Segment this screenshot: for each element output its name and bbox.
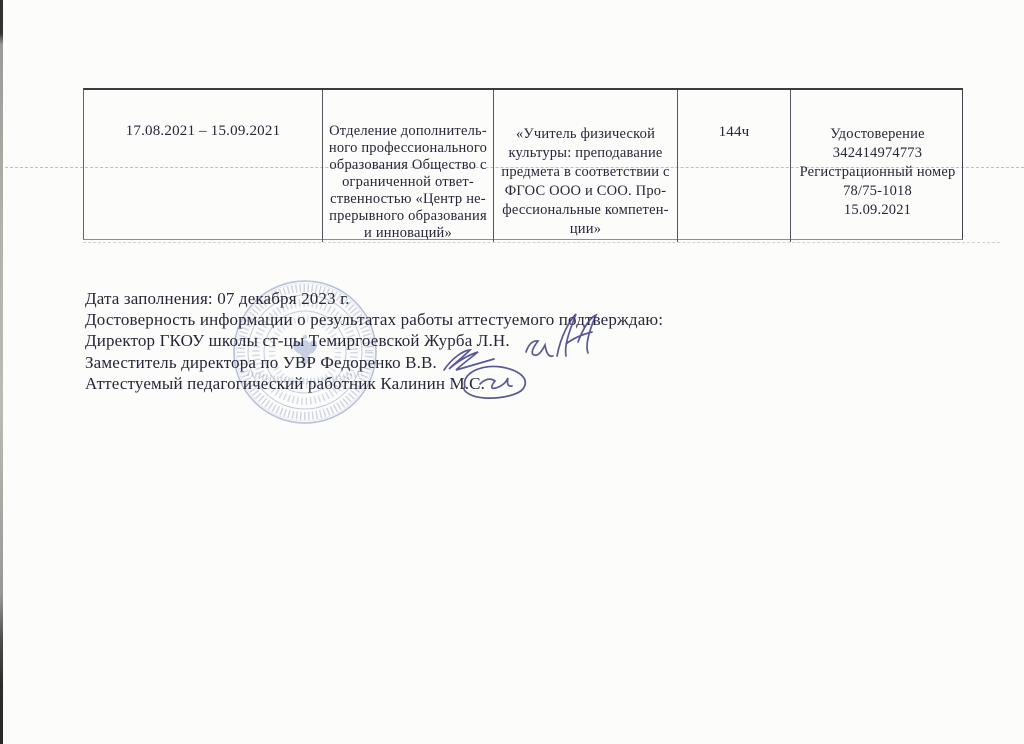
- cell-period: 17.08.2021 – 15.09.2021: [84, 90, 323, 242]
- cell-certificate: Удостоверение 342414974773 Регистрационн…: [791, 90, 964, 242]
- scanned-document-page: 17.08.2021 – 15.09.2021 Отделение дополн…: [0, 0, 1024, 744]
- scanner-edge-artifact: [0, 0, 3, 744]
- teacher-line: Аттестуемый педагогический работник Кали…: [85, 373, 663, 394]
- course-table: 17.08.2021 – 15.09.2021 Отделение дополн…: [83, 88, 963, 240]
- cell-organization: Отделение дополнитель- ного профессионал…: [323, 90, 494, 242]
- deputy-director-line: Заместитель директора по УВР Федоренко В…: [85, 352, 663, 373]
- scan-dotted-line: [83, 242, 1000, 243]
- cell-hours: 144ч: [678, 90, 791, 242]
- cell-course-title: «Учитель физической культуры: преподаван…: [494, 90, 678, 242]
- signature-block: Дата заполнения: 07 декабря 2023 г. Дост…: [85, 288, 663, 394]
- director-line: Директор ГКОУ школы ст-цы Темиргоевской …: [85, 330, 663, 351]
- fill-date-line: Дата заполнения: 07 декабря 2023 г.: [85, 288, 663, 309]
- confirmation-line: Достоверность информации о результатах р…: [85, 309, 663, 330]
